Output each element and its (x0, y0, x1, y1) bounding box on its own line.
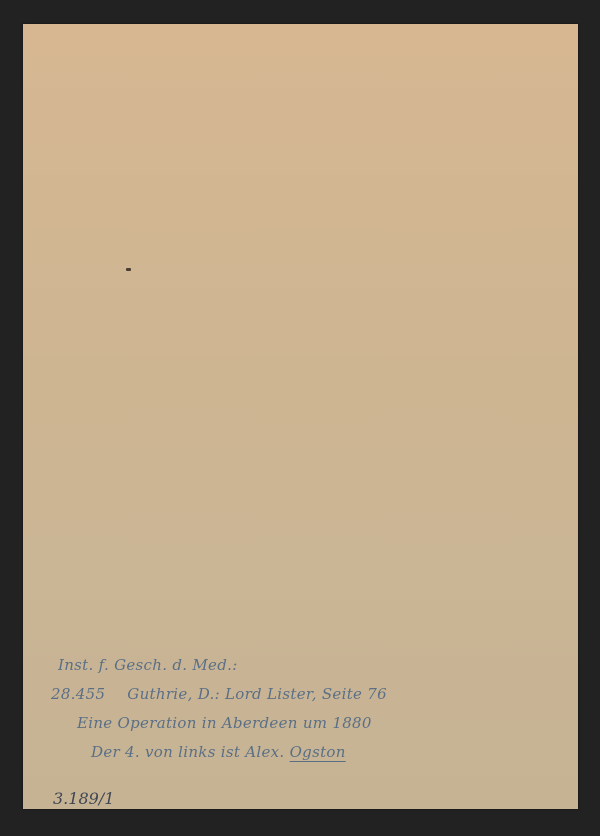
paper-sheet: Inst. f. Gesch. d. Med.: 28.455Guthrie, … (23, 24, 578, 809)
institute-line: Inst. f. Gesch. d. Med.: (58, 656, 238, 674)
identification-line: Der 4. von links ist Alex. Ogston (91, 743, 346, 761)
reference-line: 28.455Guthrie, D.: Lord Lister, Seite 76 (51, 685, 387, 703)
identified-person: Ogston (290, 743, 346, 761)
reference-number: 28.455 (51, 685, 105, 703)
caption-line: Eine Operation in Aberdeen um 1880 (77, 714, 372, 732)
paper-speck (126, 268, 131, 271)
reference-text: Guthrie, D.: Lord Lister, Seite 76 (127, 685, 387, 703)
catalog-number: 3.189/1 (53, 789, 114, 808)
identification-prefix: Der 4. von links ist Alex. (91, 743, 285, 761)
